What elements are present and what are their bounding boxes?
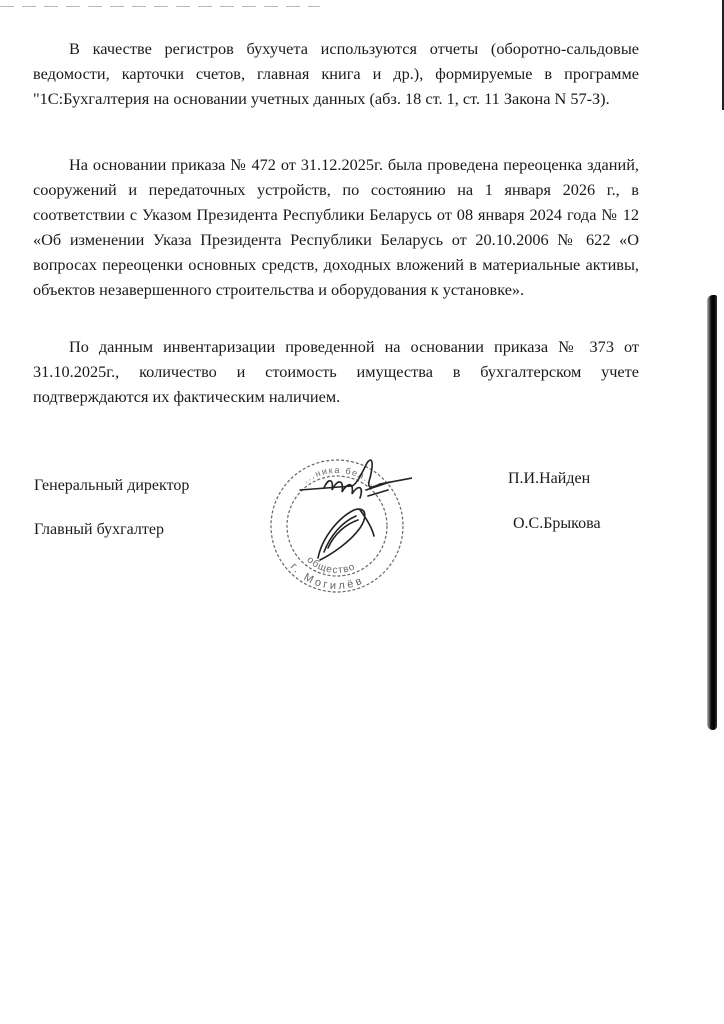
svg-text:общество: общество <box>305 554 358 576</box>
signatory-name-director: П.И.Найден <box>508 470 590 488</box>
signatory-role-director: Генеральный директор <box>34 477 189 495</box>
signatory-role-accountant: Главный бухгалтер <box>34 521 164 539</box>
paragraph-revaluation: На основании приказа № 472 от 31.12.2025… <box>33 152 639 302</box>
paragraph-inventory: По данным инвентаризации проведенной на … <box>33 334 639 409</box>
paragraph-accounting-registers: В качестве регистров бухучета используют… <box>33 36 639 111</box>
signatory-name-accountant: О.С.Брыкова <box>513 515 601 533</box>
company-stamp-with-signature: ...ника бел... общество г. Могилёв <box>262 448 412 598</box>
scan-artifact-top <box>0 6 320 7</box>
scan-edge-mark <box>707 295 717 730</box>
